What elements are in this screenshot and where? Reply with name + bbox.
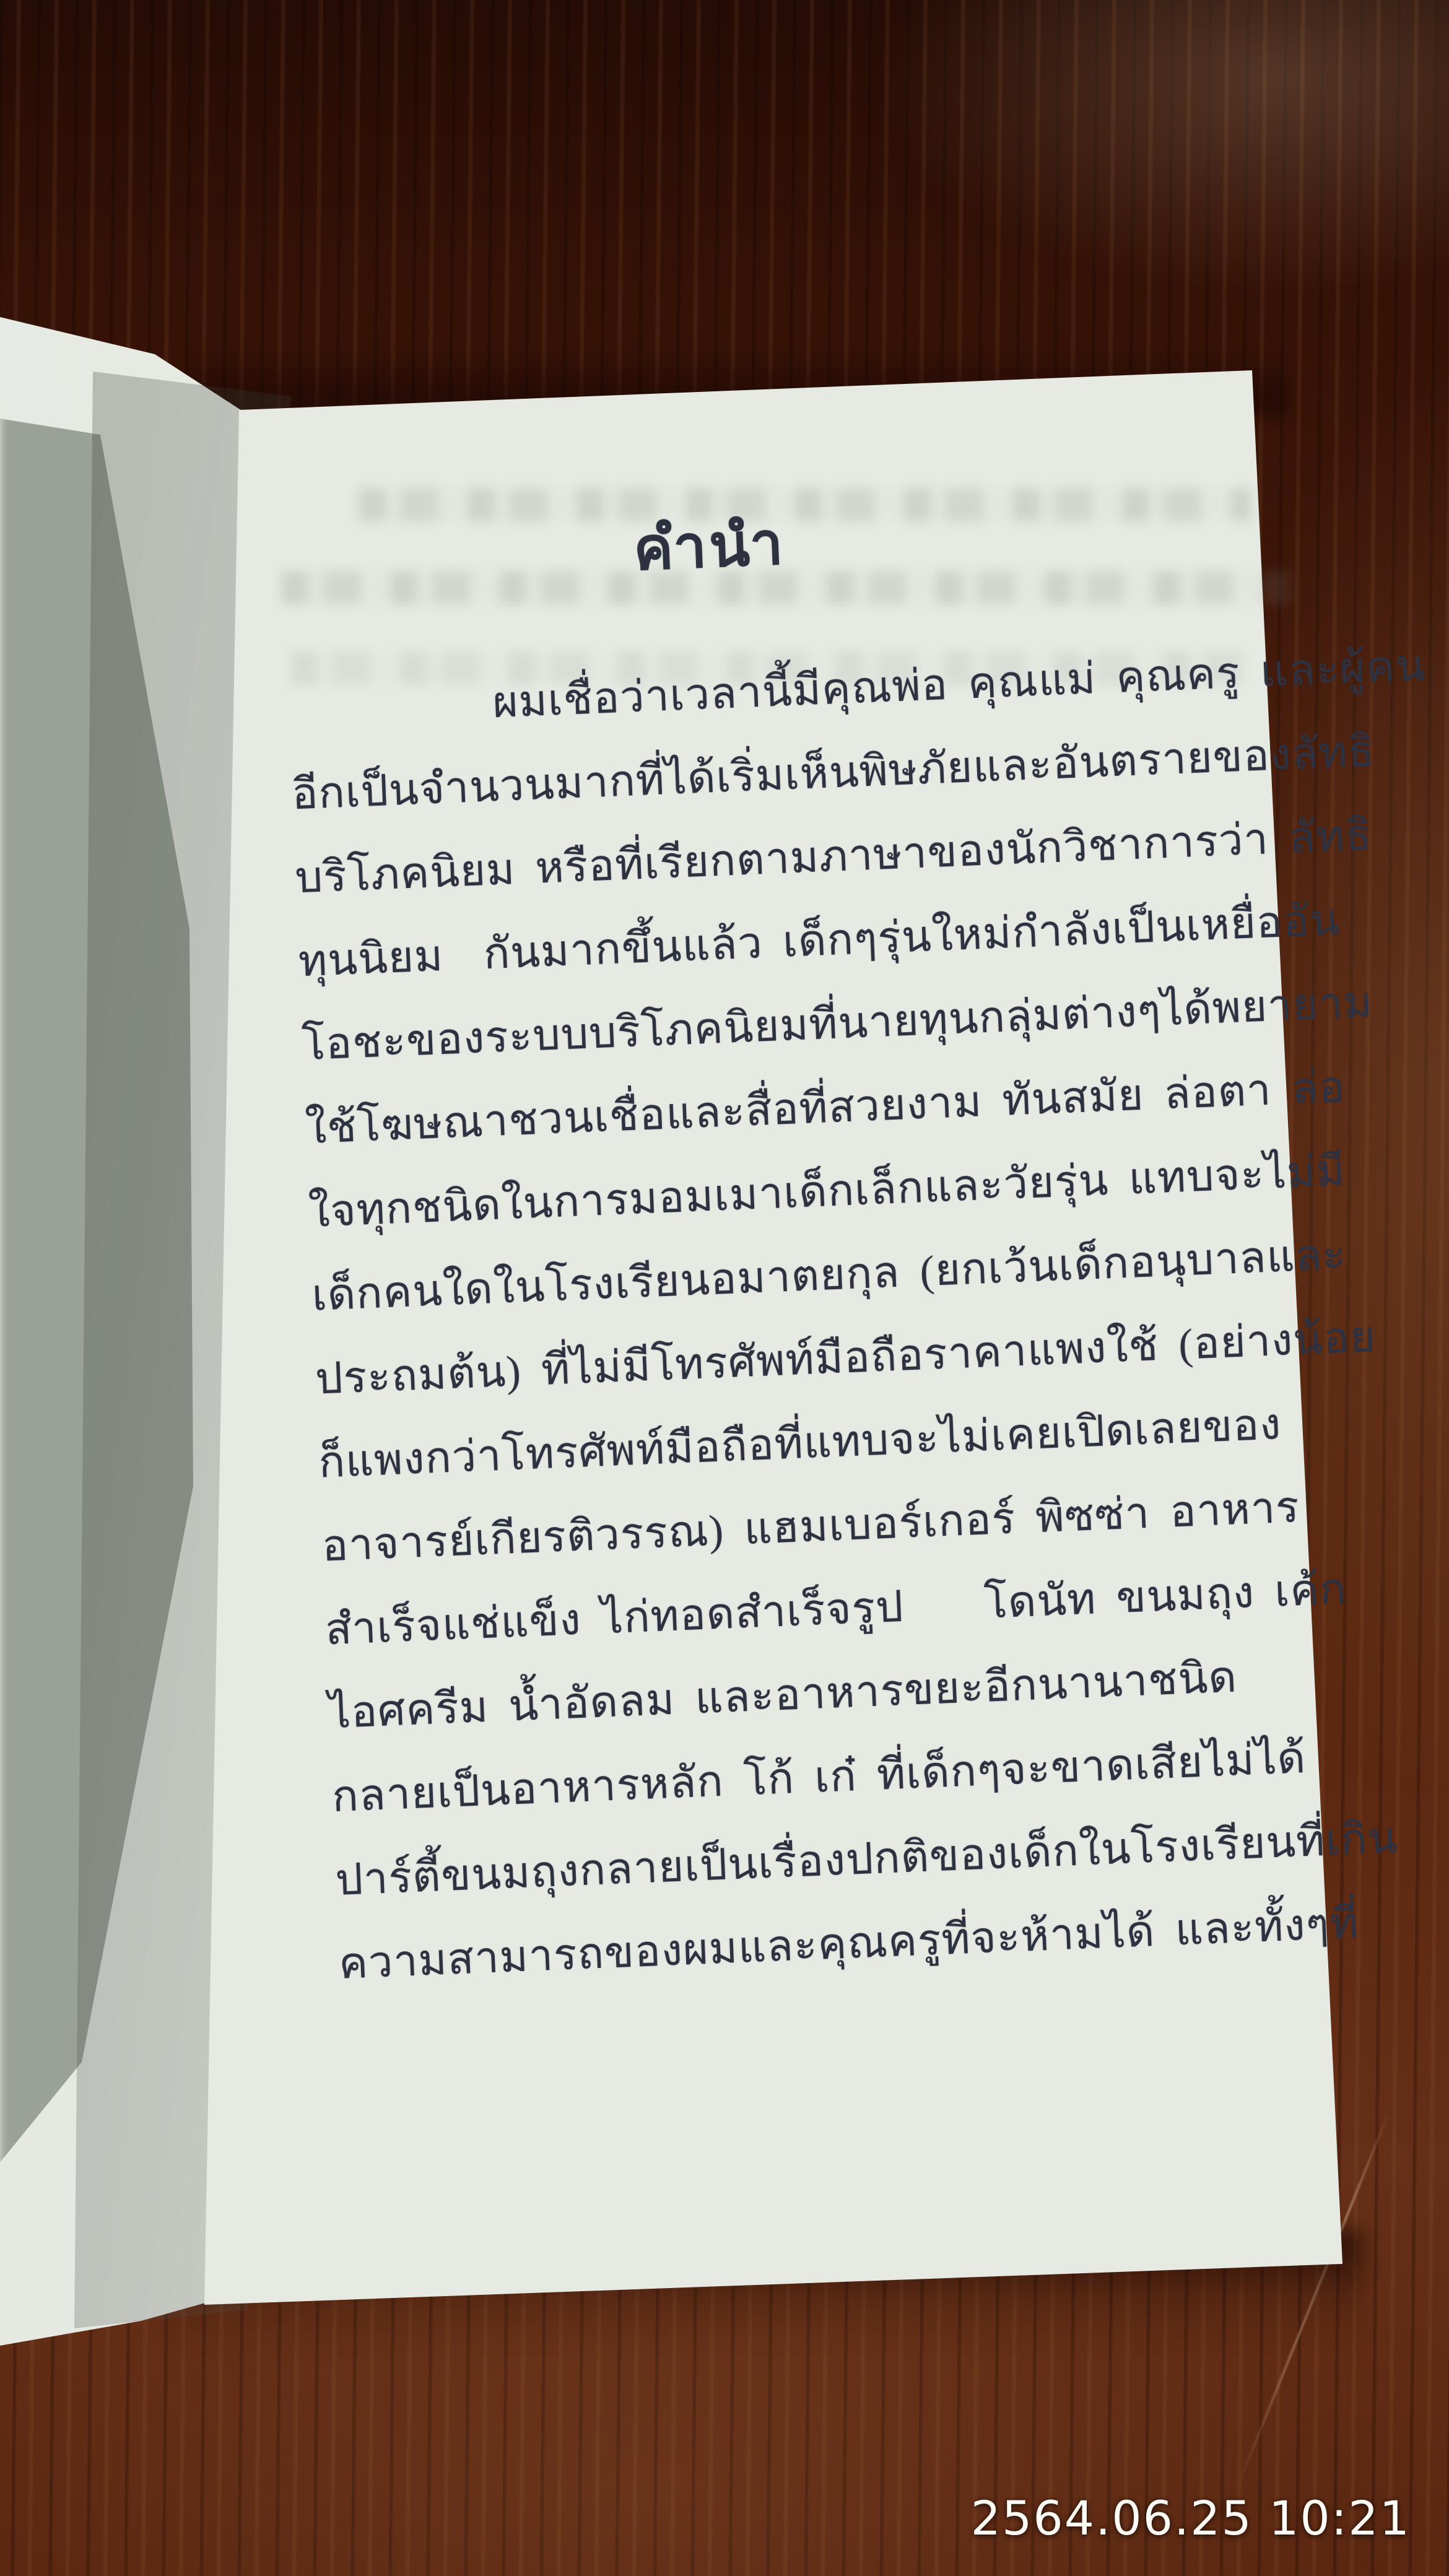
camera-timestamp: 2564.06.25 10:21 — [971, 2491, 1411, 2546]
page-text-block: คำนำ ผมเชื่อว่าเวลานี้มีคุณพ่อ คุณแม่ คุ… — [281, 477, 1355, 2006]
